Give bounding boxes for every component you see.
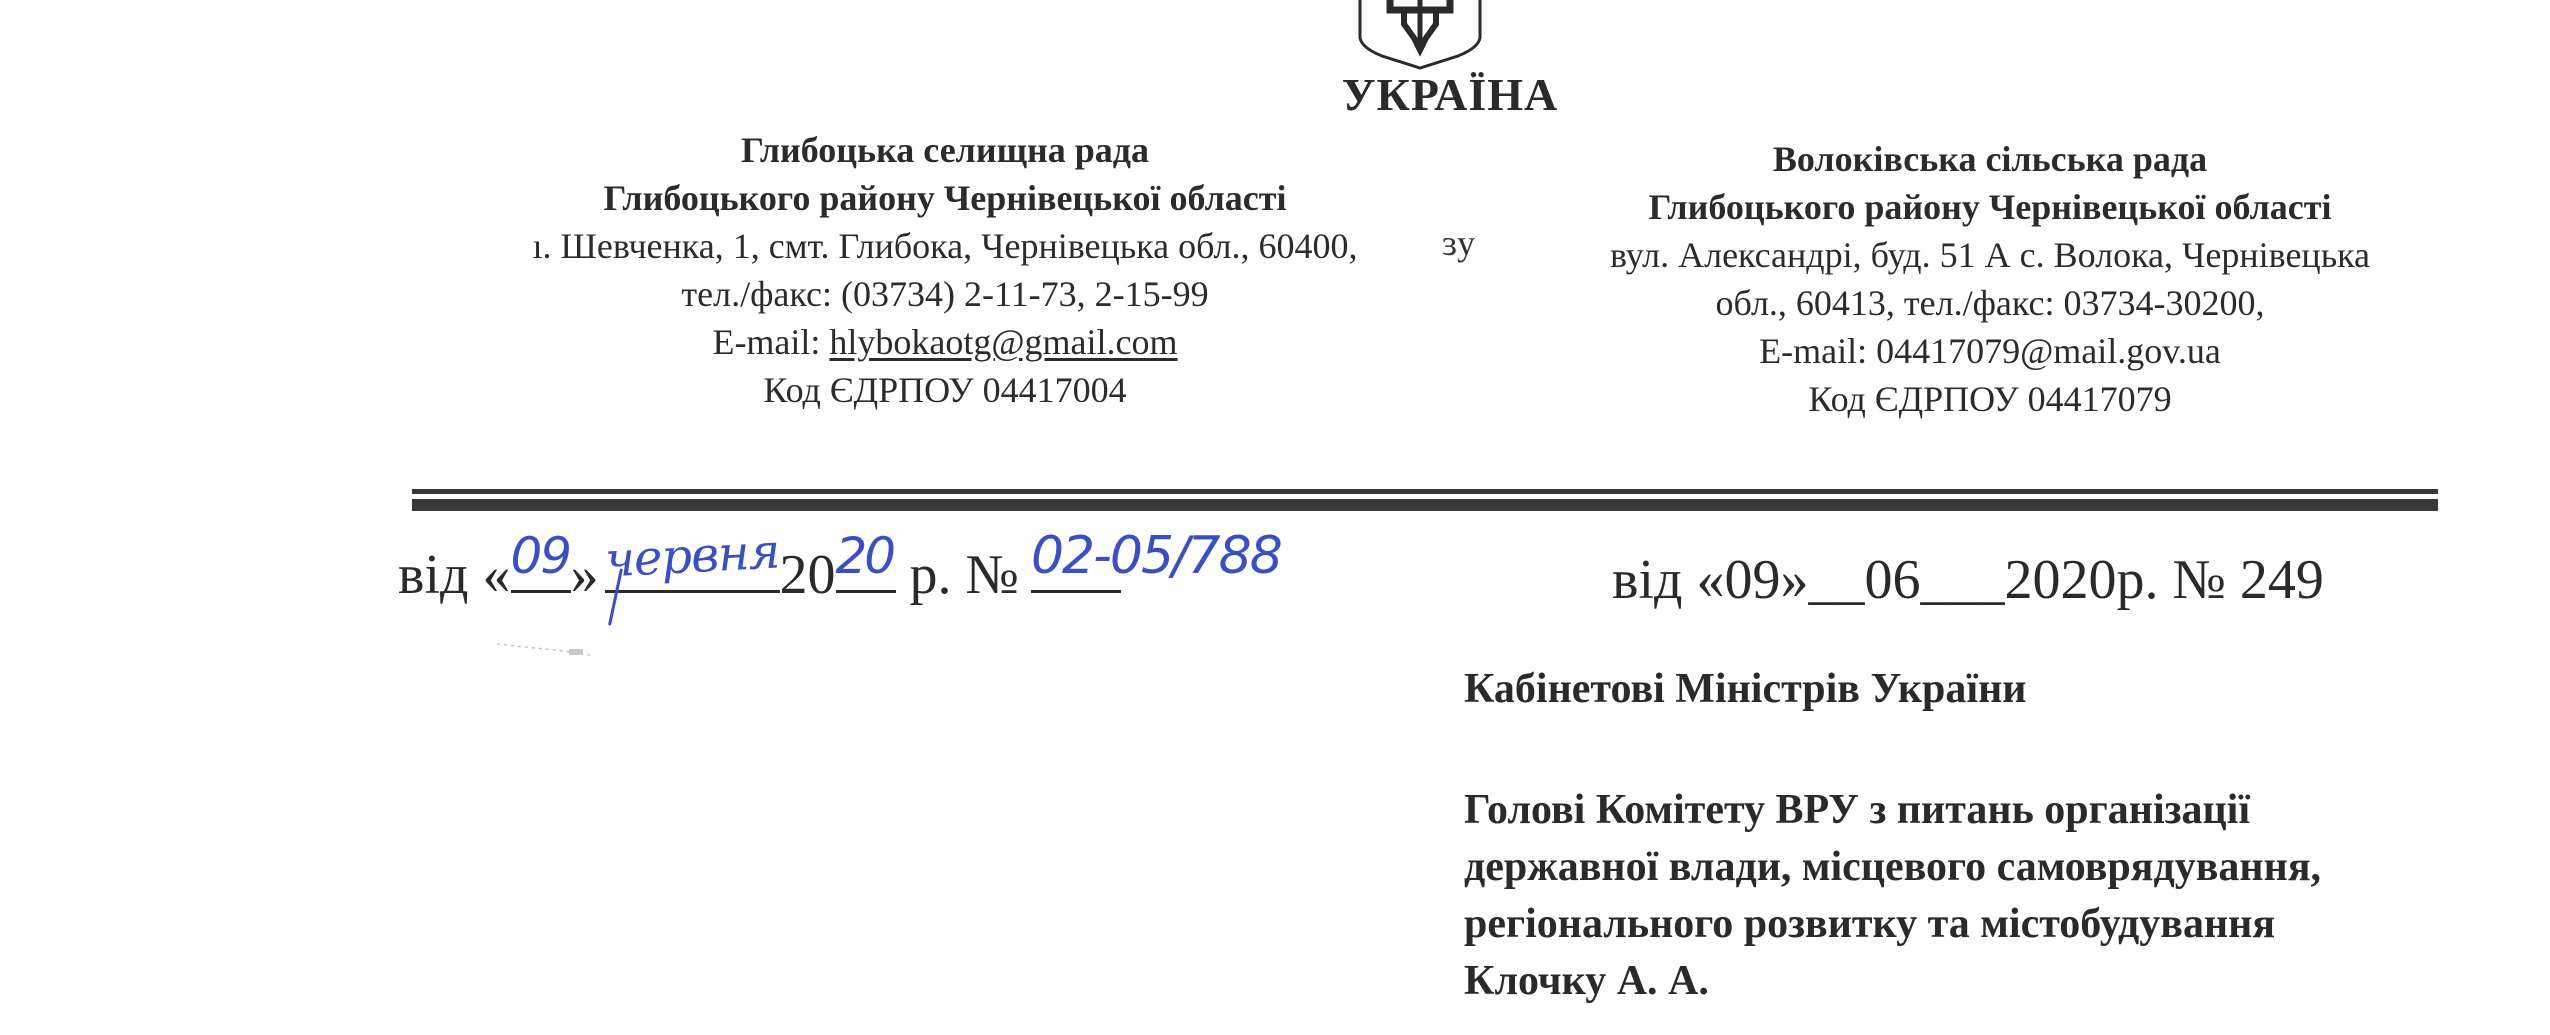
issuer-left-phone: тел./факс: (03734) 2-11-73, 2-15-99: [420, 270, 1470, 318]
issuer-right-district: Глибоцького району Чернівецької області: [1440, 183, 2540, 231]
outgoing-number-label: р. №: [896, 544, 1019, 606]
issuer-left-code: Код ЄДРПОУ 04417004: [420, 366, 1470, 414]
outgoing-month-field: червня: [605, 530, 780, 593]
recipient-line: регіонального розвитку та містобудування: [1464, 896, 2321, 953]
issuer-left-name: Глибоцька селищна рада: [420, 126, 1470, 174]
recipient-line: Кабінетові Міністрів України: [1464, 662, 2026, 716]
incoming-registration: від «09»__06___2020р. № 249: [1612, 548, 2324, 612]
outgoing-year-field: 20: [836, 530, 896, 593]
outgoing-number-field: 02-05/788: [1031, 530, 1121, 593]
header-rule-thin: [412, 489, 2438, 494]
recipient-line: Голові Комітету ВРУ з питань організації: [1464, 782, 2321, 839]
recipient-line: Клочку А. А.: [1464, 953, 2321, 1010]
email-label: E-mail:: [712, 322, 829, 362]
outgoing-day-field: 09: [511, 530, 571, 593]
issuer-left-district: Глибоцького району Чернівецької області: [420, 174, 1470, 222]
issuer-right-email: E-mail: 04417079@mail.gov.ua: [1440, 327, 2540, 375]
outgoing-month: червня: [603, 523, 781, 588]
issuer-left-address: ı. Шевченка, 1, смт. Глибока, Чернівецьк…: [420, 222, 1470, 270]
coat-of-arms-icon: [1352, 0, 1488, 70]
issuer-right-name: Волоківська сільська рада: [1440, 135, 2540, 183]
issuer-left-block: Глибоцька селищна рада Глибоцького район…: [420, 126, 1470, 414]
issuer-right-code: Код ЄДРПОУ 04417079: [1440, 375, 2540, 423]
issuer-right-address: вул. Александрі, буд. 51 А с. Волока, Че…: [1440, 231, 2540, 279]
recipient-committee-head: Голові Комітету ВРУ з питань організації…: [1464, 782, 2321, 1010]
outgoing-number: 02-05/788: [1031, 528, 1121, 584]
header-rule-thick: [412, 499, 2438, 511]
outgoing-registration: від «09»червня2020 р. №02-05/788: [398, 530, 1121, 607]
outgoing-year-suffix: 20: [836, 528, 896, 584]
country-title: УКРАЇНА: [1250, 68, 1650, 121]
recipient-line: державної влади, місцевого самоврядуванн…: [1464, 839, 2321, 896]
outgoing-quote-close: »: [571, 544, 599, 606]
issuer-left-email-link[interactable]: hlybokaotg@gmail.com: [829, 322, 1177, 362]
issuer-left-email-row: E-mail: hlybokaotg@gmail.com: [420, 318, 1470, 366]
ink-smudge: [495, 640, 605, 658]
issuer-right-block: Волоківська сільська рада Глибоцького ра…: [1440, 135, 2540, 423]
recipient-cabinet: Кабінетові Міністрів України: [1464, 662, 2026, 716]
issuer-right-address-2: обл., 60413, тел./факс: 03734-30200,: [1440, 279, 2540, 327]
outgoing-year-prefix: 20: [780, 544, 836, 606]
outgoing-prefix: від «: [398, 544, 511, 606]
outgoing-day: 09: [511, 528, 571, 584]
